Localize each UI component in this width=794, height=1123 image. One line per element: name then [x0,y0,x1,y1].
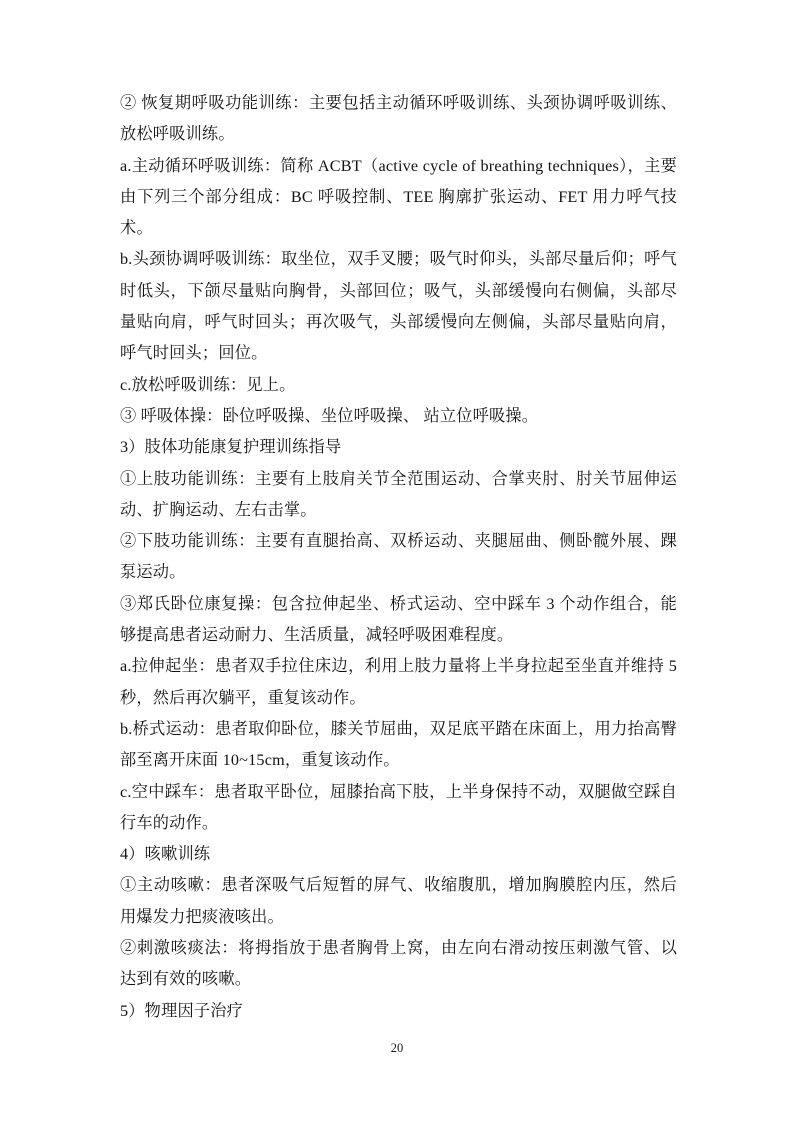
paragraph: ③ 呼吸体操：卧位呼吸操、坐位呼吸操、 站立位呼吸操。 [120,401,677,432]
document-body: ② 恢复期呼吸功能训练：主要包括主动循环呼吸训练、头颈协调呼吸训练、放松呼吸训练… [120,88,677,1027]
paragraph: a.主动循环呼吸训练：简称 ACBT（active cycle of breat… [120,151,677,245]
paragraph: 5）物理因子治疗 [120,996,677,1027]
paragraph: a.拉伸起坐：患者双手拉住床边，利用上肢力量将上半身拉起至坐直并维持 5 秒，然… [120,651,677,714]
paragraph: c.放松呼吸训练：见上。 [120,370,677,401]
paragraph: ② 恢复期呼吸功能训练：主要包括主动循环呼吸训练、头颈协调呼吸训练、放松呼吸训练… [120,88,677,151]
paragraph: ③郑氏卧位康复操：包含拉伸起坐、桥式运动、空中踩车 3 个动作组合，能够提高患者… [120,589,677,652]
paragraph: 4）咳嗽训练 [120,839,677,870]
paragraph: ②下肢功能训练：主要有直腿抬高、双桥运动、夹腿屈曲、侧卧髋外展、踝泵运动。 [120,526,677,589]
paragraph: ②刺激咳痰法：将拇指放于患者胸骨上窝，由左向右滑动按压刺激气管、以达到有效的咳嗽… [120,933,677,996]
paragraph: c.空中踩车：患者取平卧位，屈膝抬高下肢，上半身保持不动，双腿做空踩自行车的动作… [120,777,677,840]
page-number: 20 [391,1041,404,1055]
paragraph: b.桥式运动：患者取仰卧位，膝关节屈曲，双足底平踏在床面上，用力抬高臀部至离开床… [120,714,677,777]
page-footer: 20 [0,1039,794,1057]
paragraph: b.头颈协调呼吸训练：取坐位，双手叉腰；吸气时仰头，头部尽量后仰；呼气时低头，下… [120,244,677,369]
document-page: ② 恢复期呼吸功能训练：主要包括主动循环呼吸训练、头颈协调呼吸训练、放松呼吸训练… [0,0,794,1123]
paragraph: ①上肢功能训练：主要有上肢肩关节全范围运动、合掌夹肘、肘关节屈伸运动、扩胸运动、… [120,464,677,527]
paragraph: ①主动咳嗽：患者深吸气后短暂的屏气、收缩腹肌，增加胸膜腔内压，然后用爆发力把痰液… [120,870,677,933]
paragraph: 3）肢体功能康复护理训练指导 [120,432,677,463]
